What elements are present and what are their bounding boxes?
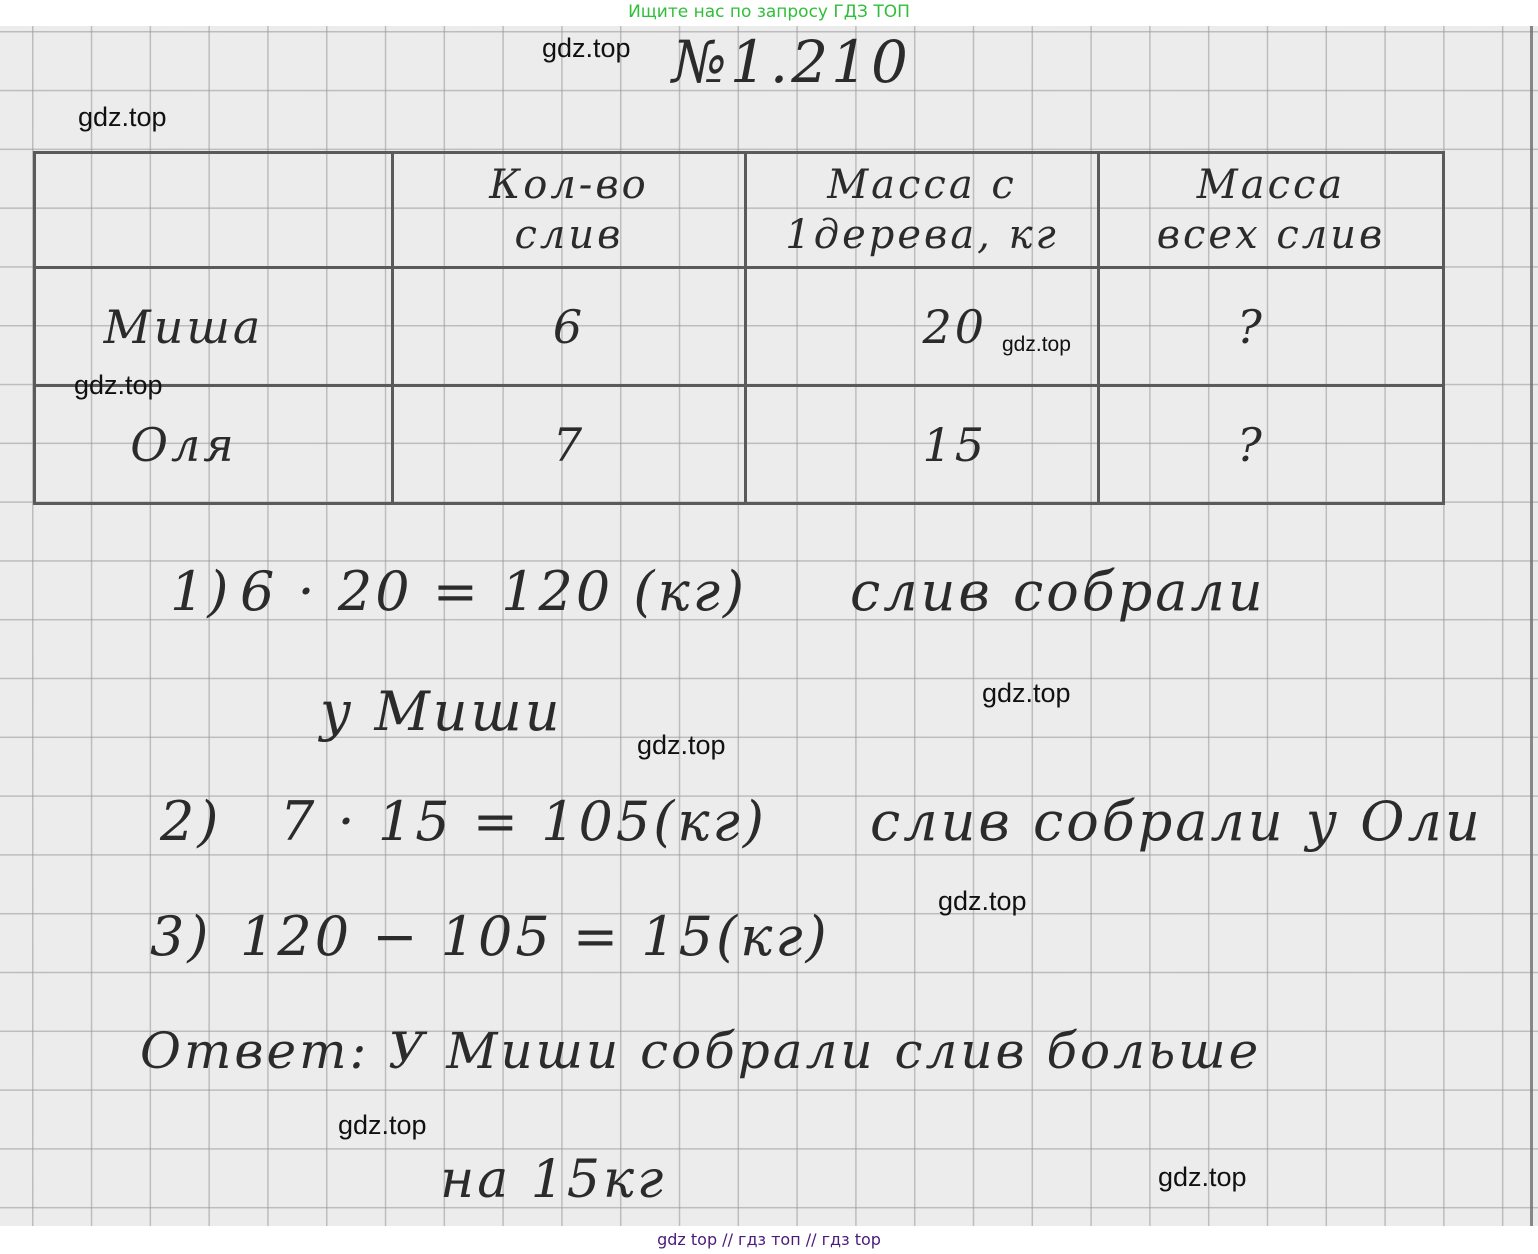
row-name: Миша <box>35 268 393 386</box>
table-header-total-mass: Масса всех слив <box>1099 153 1444 268</box>
table-header-mass-per-tree: Масса с 1дерева, кг <box>746 153 1099 268</box>
watermark: gdz.top <box>542 33 631 64</box>
watermark: gdz.top <box>338 1110 427 1141</box>
problem-number: №1.210 <box>672 28 911 96</box>
table-header-count: Кол-во слив <box>393 153 746 268</box>
table-row: Оля 7 15 ? <box>35 386 1444 504</box>
step-1-label: 1) <box>170 560 231 623</box>
row-total: ? <box>1099 268 1444 386</box>
problem-table: Кол-во слив Масса с 1дерева, кг Масса вс… <box>33 151 1445 505</box>
header-line: Кол-во <box>394 160 744 210</box>
step-1-comment-cont: у Миши <box>320 680 563 743</box>
step-2-expression: 7 · 15 = 105(кг) <box>280 790 767 853</box>
table-header-row: Кол-во слив Масса с 1дерева, кг Масса вс… <box>35 153 1444 268</box>
answer-line-2: на 15кг <box>440 1150 666 1210</box>
top-banner: Ищите нас по запросу ГДЗ ТОП <box>0 0 1538 26</box>
step-3-label: 3) <box>150 905 211 968</box>
watermark: gdz.top <box>1158 1162 1247 1193</box>
answer-line-1: Ответ: У Миши собрали слив больше <box>140 1022 1261 1080</box>
row-count: 6 <box>393 268 746 386</box>
row-mass-per-tree: 20 <box>746 268 1099 386</box>
watermark: gdz.top <box>982 678 1071 709</box>
step-1-comment: слив собрали <box>850 560 1266 623</box>
table-row: Миша 6 20 ? <box>35 268 1444 386</box>
step-1-expression: 6 · 20 = 120 (кг) <box>240 560 747 623</box>
row-name: Оля <box>35 386 393 504</box>
header-line: слив <box>394 210 744 260</box>
row-total: ? <box>1099 386 1444 504</box>
page-margin-line <box>1530 26 1533 1226</box>
watermark: gdz.top <box>78 102 167 133</box>
watermark: gdz.top <box>74 370 163 401</box>
row-count: 7 <box>393 386 746 504</box>
step-2-label: 2) <box>160 790 221 853</box>
step-3-expression: 120 − 105 = 15(кг) <box>240 905 830 968</box>
header-line: всех слив <box>1100 210 1442 260</box>
watermark: gdz.top <box>637 730 726 761</box>
header-line: Масса с <box>747 160 1097 210</box>
watermark: gdz.top <box>938 886 1027 917</box>
table-header-cell <box>35 153 393 268</box>
step-2-comment: слив собрали у Оли <box>870 790 1483 853</box>
row-mass-per-tree: 15 <box>746 386 1099 504</box>
header-line: Масса <box>1100 160 1442 210</box>
watermark: gdz.top <box>1002 333 1071 357</box>
bottom-banner: gdz top // гдз топ // гдз top <box>0 1226 1538 1254</box>
header-line: 1дерева, кг <box>747 210 1097 260</box>
